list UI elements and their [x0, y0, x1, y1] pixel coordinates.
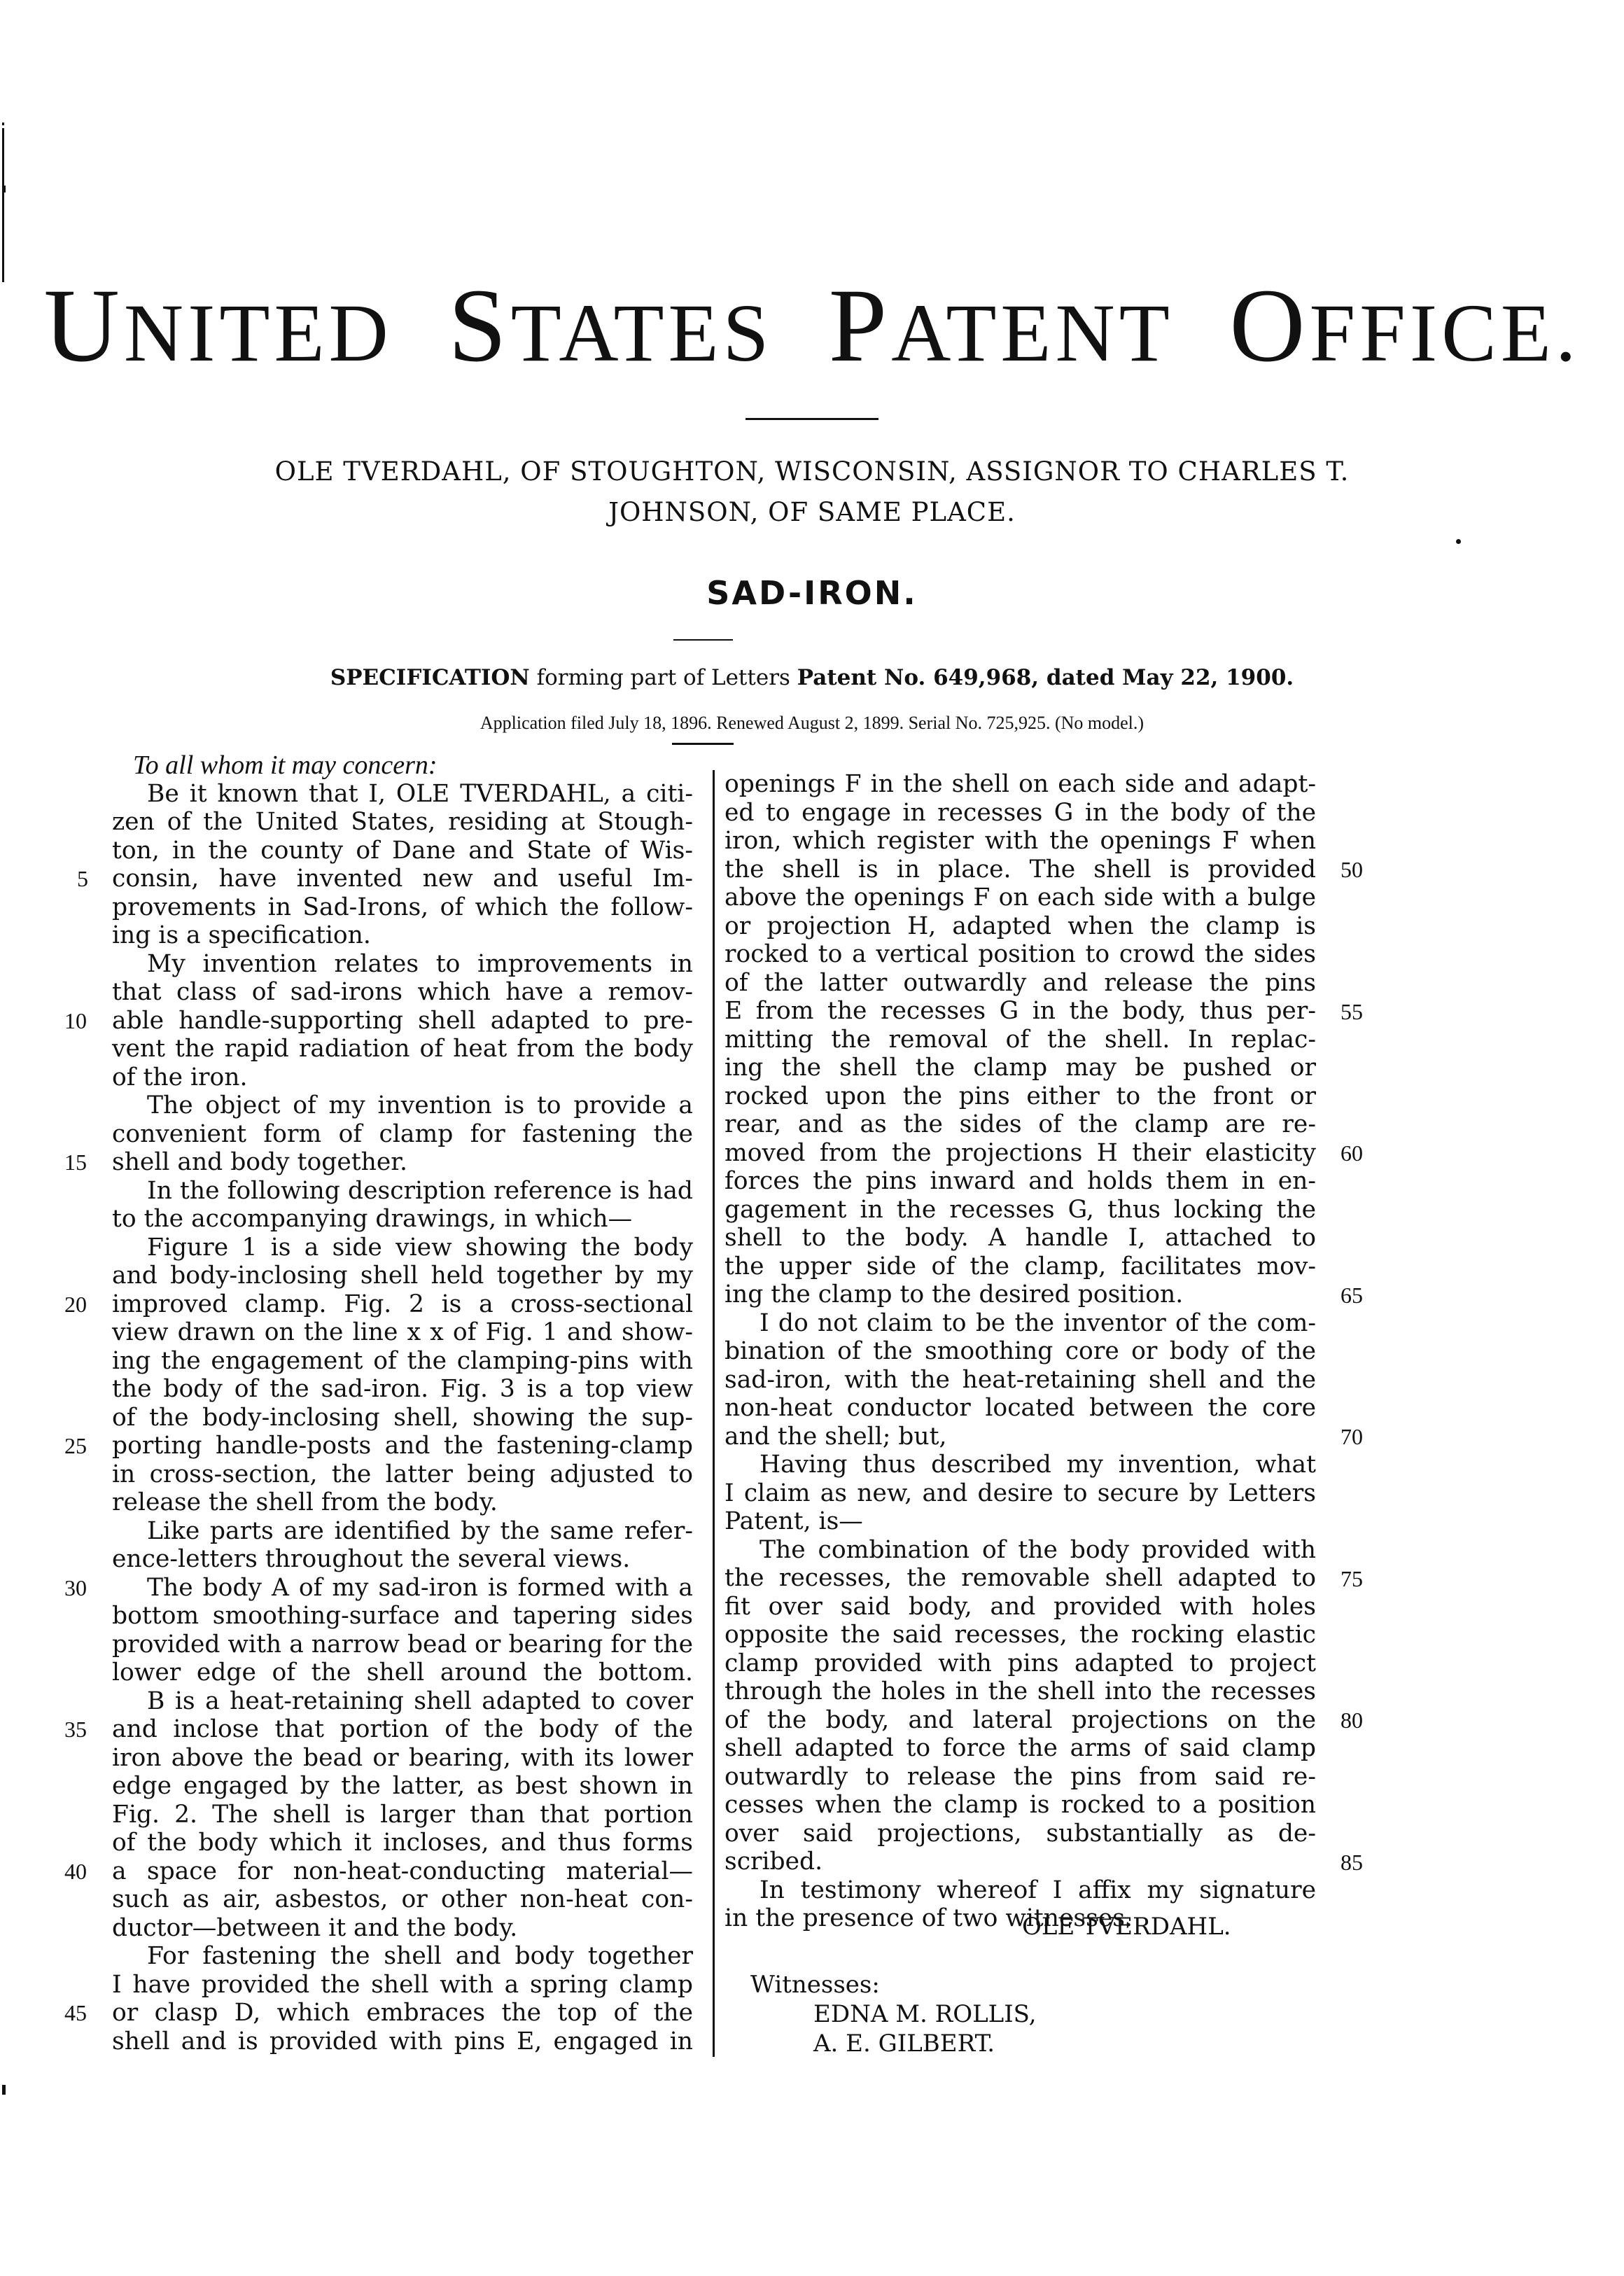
text-line: In the following description reference i… — [112, 1180, 693, 1202]
text-line: and body-inclosing shell held together b… — [112, 1265, 693, 1287]
text-line: outwardly to release the pins from said … — [724, 1766, 1316, 1788]
text-line: Fig. 2. The shell is larger than that po… — [112, 1804, 693, 1826]
text-line: The object of my invention is to provide… — [112, 1095, 693, 1117]
text-line: scribed. — [724, 1851, 1316, 1873]
line-number: 75 — [1340, 1568, 1363, 1590]
text-line: ductor—between it and the body. — [112, 1918, 693, 1939]
text-line: iron above the bead or bearing, with its… — [112, 1747, 693, 1769]
text-line: the body of the sad-iron. Fig. 3 is a to… — [112, 1378, 693, 1400]
text-line: B is a heat-retaining shell adapted to c… — [112, 1691, 693, 1712]
text-line: Be it known that I, OLE TVERDAHL, a citi… — [112, 783, 693, 805]
line-number: 5 — [77, 868, 88, 890]
text-line: the upper side of the clamp, facilitates… — [724, 1256, 1316, 1278]
text-line: forces the pins inward and holds them in… — [724, 1171, 1316, 1192]
line-number: 65 — [1340, 1285, 1363, 1306]
specification-line: SPECIFICATION forming part of Letters Pa… — [0, 665, 1624, 690]
specification-mid: forming part of Letters — [530, 665, 797, 690]
text-line: a space for non-heat-conducting material… — [112, 1861, 693, 1883]
text-line: consin, have invented new and useful Im- — [112, 868, 693, 890]
line-number: 85 — [1340, 1852, 1363, 1873]
text-line: convenient form of clamp for fastening t… — [112, 1124, 693, 1145]
text-line: My invention relates to improvements in — [112, 954, 693, 975]
text-line: clamp provided with pins adapted to proj… — [724, 1653, 1316, 1675]
text-line: the shell is in place. The shell is prov… — [724, 859, 1316, 881]
text-line: of the body, and lateral projections on … — [724, 1710, 1316, 1731]
text-line: that class of sad-irons which have a rem… — [112, 982, 693, 1003]
text-line: bottom smoothing-surface and tapering si… — [112, 1605, 693, 1627]
inventor-line-2: JOHNSON, OF SAME PLACE. — [0, 497, 1624, 528]
text-line: vent the rapid radiation of heat from th… — [112, 1038, 693, 1060]
line-number: 55 — [1340, 1001, 1363, 1023]
text-line: ing is a specification. — [112, 925, 693, 947]
witness-2: A. E. GILBERT. — [813, 2030, 995, 2058]
text-line: moved from the projections H their elast… — [724, 1143, 1316, 1164]
office-title: UNITED STATES PATENT OFFICE. — [0, 280, 1624, 379]
text-line: rocked upon the pins either to the front… — [724, 1086, 1316, 1108]
text-line: edge engaged by the latter, as best show… — [112, 1775, 693, 1797]
line-number: 25 — [64, 1435, 87, 1457]
line-number: 80 — [1340, 1710, 1363, 1731]
text-line: I claim as new, and desire to secure by … — [724, 1483, 1316, 1504]
text-line: ing the clamp to the desired position. — [724, 1284, 1316, 1306]
text-line: of the latter outwardly and release the … — [724, 972, 1316, 994]
text-line: openings F in the shell on each side and… — [724, 774, 1316, 795]
title-word: PATENT — [829, 280, 1174, 379]
title-word: OFFICE. — [1229, 280, 1580, 379]
text-line: lower edge of the shell around the botto… — [112, 1662, 693, 1684]
line-number: 20 — [64, 1294, 87, 1315]
text-line: Like parts are identified by the same re… — [112, 1521, 693, 1542]
scan-mark — [2, 128, 4, 282]
text-line: of the body-inclosing shell, showing the… — [112, 1407, 693, 1429]
text-line: E from the recesses G in the body, thus … — [724, 1000, 1316, 1022]
text-line: improved clamp. Fig. 2 is a cross-sectio… — [112, 1294, 693, 1315]
text-line: In testimony whereof I affix my signatur… — [724, 1880, 1316, 1901]
text-line: The combination of the body provided wit… — [724, 1540, 1316, 1561]
text-line: Having thus described my invention, what — [724, 1454, 1316, 1476]
text-line: shell to the body. A handle I, attached … — [724, 1227, 1316, 1249]
line-number: 15 — [64, 1152, 87, 1173]
text-line: Figure 1 is a side view showing the body — [112, 1237, 693, 1259]
text-line: bination of the smoothing core or body o… — [724, 1341, 1316, 1362]
application-line: Application filed July 18, 1896. Renewed… — [0, 713, 1624, 734]
title-word: STATES — [448, 280, 773, 379]
line-number: 45 — [64, 2002, 87, 2024]
text-line: non-heat conductor located between the c… — [724, 1397, 1316, 1419]
text-line: ton, in the county of Dane and State of … — [112, 840, 693, 862]
text-line: ence-letters throughout the several view… — [112, 1549, 693, 1570]
text-line: shell adapted to force the arms of said … — [724, 1738, 1316, 1759]
text-line: and inclose that portion of the body of … — [112, 1719, 693, 1740]
line-number: 70 — [1340, 1426, 1363, 1448]
text-line: zen of the United States, residing at St… — [112, 811, 693, 833]
text-line: cesses when the clamp is rocked to a pos… — [724, 1794, 1316, 1816]
text-line: through the holes in the shell into the … — [724, 1681, 1316, 1703]
inventor-signature: OLE TVERDAHL. — [1022, 1913, 1231, 1941]
text-line: provided with a narrow bead or bearing f… — [112, 1634, 693, 1656]
line-number: 10 — [64, 1010, 87, 1032]
text-line: The body A of my sad-iron is formed with… — [112, 1577, 693, 1599]
application-rule — [672, 743, 734, 745]
text-line: the recesses, the removable shell adapte… — [724, 1568, 1316, 1589]
line-number: 60 — [1340, 1143, 1363, 1164]
title-rule — [745, 418, 878, 420]
text-line: able handle-supporting shell adapted to … — [112, 1010, 693, 1032]
text-line: For fastening the shell and body togethe… — [112, 1946, 693, 1967]
text-line: Patent, is— — [724, 1511, 1316, 1533]
text-line: provements in Sad-Irons, of which the fo… — [112, 897, 693, 919]
scan-mark — [2, 2085, 6, 2095]
invention-title: SAD-IRON. — [0, 574, 1624, 612]
line-number: 35 — [64, 1719, 87, 1740]
text-line: I have provided the shell with a spring … — [112, 1974, 693, 1996]
scan-mark — [2, 186, 6, 193]
text-line: fit over said body, and provided with ho… — [724, 1596, 1316, 1618]
text-line: shell and is provided with pins E, engag… — [112, 2031, 693, 2053]
text-line: iron, which register with the openings F… — [724, 830, 1316, 852]
scan-mark — [2, 123, 4, 125]
column-divider — [713, 770, 715, 2057]
text-line: release the shell from the body. — [112, 1492, 693, 1514]
text-line: ed to engage in recesses G in the body o… — [724, 802, 1316, 824]
title-word: UNITED — [44, 280, 393, 379]
text-line: opposite the said recesses, the rocking … — [724, 1624, 1316, 1646]
text-line: or projection H, adapted when the clamp … — [724, 916, 1316, 937]
text-line: mitting the removal of the shell. In rep… — [724, 1029, 1316, 1051]
text-line: ing the engagement of the clamping-pins … — [112, 1350, 693, 1372]
text-line: above the openings F on each side with a… — [724, 887, 1316, 909]
text-line: to the accompanying drawings, in which— — [112, 1208, 693, 1230]
patent-number: Patent No. 649,968, — [797, 665, 1039, 690]
text-line: and the shell; but, — [724, 1426, 1316, 1448]
witnesses-label: Witnesses: — [750, 1971, 880, 1999]
specification-label: SPECIFICATION — [330, 665, 530, 690]
line-number: 50 — [1340, 859, 1363, 881]
text-line: sad-iron, with the heat-retaining shell … — [724, 1369, 1316, 1391]
text-line: gagement in the recesses G, thus locking… — [724, 1199, 1316, 1221]
heading-rule — [673, 639, 733, 641]
scan-dot — [1456, 539, 1461, 544]
text-line: of the iron. — [112, 1067, 693, 1089]
line-number: 30 — [64, 1577, 87, 1599]
text-line: of the body which it incloses, and thus … — [112, 1832, 693, 1854]
text-line: To all whom it may concern: — [112, 755, 693, 776]
text-line: rocked to a vertical position to crowd t… — [724, 944, 1316, 965]
text-line: such as air, asbestos, or other non-heat… — [112, 1889, 693, 1911]
text-line: porting handle-posts and the fastening-c… — [112, 1435, 693, 1457]
text-line: ing the shell the clamp may be pushed or — [724, 1057, 1316, 1079]
patent-date: dated May 22, 1900. — [1039, 665, 1294, 690]
text-line: or clasp D, which embraces the top of th… — [112, 2002, 693, 2024]
inventor-line-1: OLE TVERDAHL, OF STOUGHTON, WISCONSIN, A… — [0, 456, 1624, 487]
text-line: rear, and as the sides of the clamp are … — [724, 1114, 1316, 1136]
text-line: in cross-section, the latter being adjus… — [112, 1464, 693, 1486]
text-line: over said projections, substantially as … — [724, 1823, 1316, 1845]
line-number: 40 — [64, 1861, 87, 1883]
witness-1: EDNA M. ROLLIS, — [813, 2000, 1037, 2028]
text-line: shell and body together. — [112, 1152, 693, 1173]
text-line: I do not claim to be the inventor of the… — [724, 1313, 1316, 1334]
text-line: view drawn on the line x x of Fig. 1 and… — [112, 1322, 693, 1343]
